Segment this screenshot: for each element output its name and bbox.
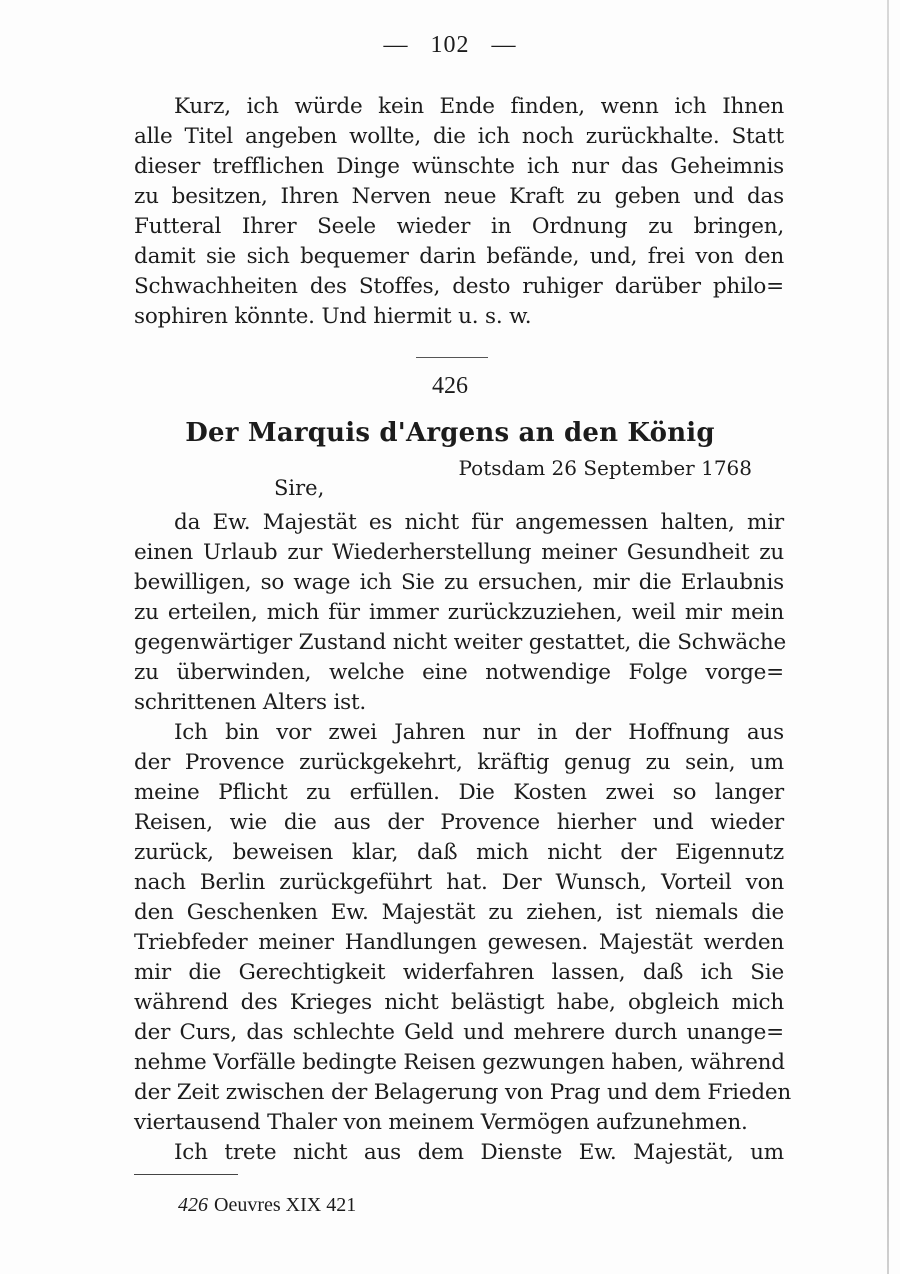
page-number: 102 [431, 32, 470, 58]
text-line: dieser trefflichen Dinge wünschte ich nu… [134, 152, 784, 182]
section-divider [416, 357, 488, 358]
text-line: nach Berlin zurückgeführt hat. Der Wunsc… [134, 868, 784, 898]
text-line: zu überwinden, welche eine notwendige Fo… [134, 658, 784, 688]
text-line: viertausend Thaler von meinem Vermögen a… [134, 1108, 784, 1138]
text-line: zu erteilen, mich für immer zurückzuzieh… [134, 598, 784, 628]
text-line: schrittenen Alters ist. [134, 688, 784, 718]
paragraph-2: Ich bin vor zwei Jahren nur in der Hoffn… [134, 718, 784, 1138]
text-line: während des Krieges nicht belästigt habe… [134, 988, 784, 1018]
text-line: mir die Gerechtigkeit widerfahren lassen… [134, 958, 784, 988]
footnote: 426Oeuvres XIX 421 [178, 1194, 356, 1217]
text-line: Reisen, wie die aus der Provence hierher… [134, 808, 784, 838]
previous-letter-ending: Kurz, ich würde kein Ende finden, wenn i… [134, 92, 784, 332]
text-line: Triebfeder meiner Handlungen gewesen. Ma… [134, 928, 784, 958]
text-line: gegenwärtiger Zustand nicht weiter gesta… [134, 628, 784, 658]
paragraph-3: Ich trete nicht aus dem Dienste Ew. Maje… [134, 1138, 784, 1168]
header-dash-left: — [384, 32, 409, 59]
text-line: Ich bin vor zwei Jahren nur in der Hoffn… [134, 718, 784, 748]
text-line: sophiren könnte. Und hiermit u. s. w. [134, 302, 784, 332]
text-line: nehme Vorfälle bedingte Reisen gezwungen… [134, 1048, 784, 1078]
page-edge-line [887, 0, 889, 1274]
header-dash-right: — [492, 32, 517, 59]
paragraph-1: da Ew. Majestät es nicht für angemessen … [134, 508, 784, 718]
text-line: zurück, beweisen klar, daß mich nicht de… [134, 838, 784, 868]
text-line: den Geschenken Ew. Majestät zu ziehen, i… [134, 898, 784, 928]
text-line: da Ew. Majestät es nicht für angemessen … [134, 508, 784, 538]
text-line: Kurz, ich würde kein Ende finden, wenn i… [134, 92, 784, 122]
text-line: der Provence zurückgekehrt, kräftig genu… [134, 748, 784, 778]
text-line: alle Titel angeben wollte, die ich noch … [134, 122, 784, 152]
letter-salutation: Sire, [274, 476, 324, 500]
letter-dateline: Potsdam 26 September 1768 [459, 456, 752, 480]
text-line: meine Pflicht zu erfüllen. Die Kosten zw… [134, 778, 784, 808]
text-line: der Curs, das schlechte Geld und mehrere… [134, 1018, 784, 1048]
footnote-number: 426 [178, 1194, 208, 1216]
text-line: einen Urlaub zur Wiederherstellung meine… [134, 538, 784, 568]
text-line: damit sie sich bequemer darin befände, u… [134, 242, 784, 272]
footnote-text: Oeuvres XIX 421 [214, 1194, 356, 1216]
letter-number: 426 [0, 373, 900, 400]
text-line: Futteral Ihrer Seele wieder in Ordnung z… [134, 212, 784, 242]
page-header: —102— [0, 32, 900, 59]
letter-body: da Ew. Majestät es nicht für angemessen … [134, 508, 784, 1168]
text-line: Ich trete nicht aus dem Dienste Ew. Maje… [134, 1138, 784, 1168]
text-line: Schwachheiten des Stoffes, desto ruhiger… [134, 272, 784, 302]
text-line: bewilligen, so wage ich Sie zu ersuchen,… [134, 568, 784, 598]
letter-title: Der Marquis d'Argens an den König [0, 418, 900, 448]
text-line: zu besitzen, Ihren Nerven neue Kraft zu … [134, 182, 784, 212]
footnote-rule [134, 1174, 238, 1175]
text-line: der Zeit zwischen der Belagerung von Pra… [134, 1078, 784, 1108]
